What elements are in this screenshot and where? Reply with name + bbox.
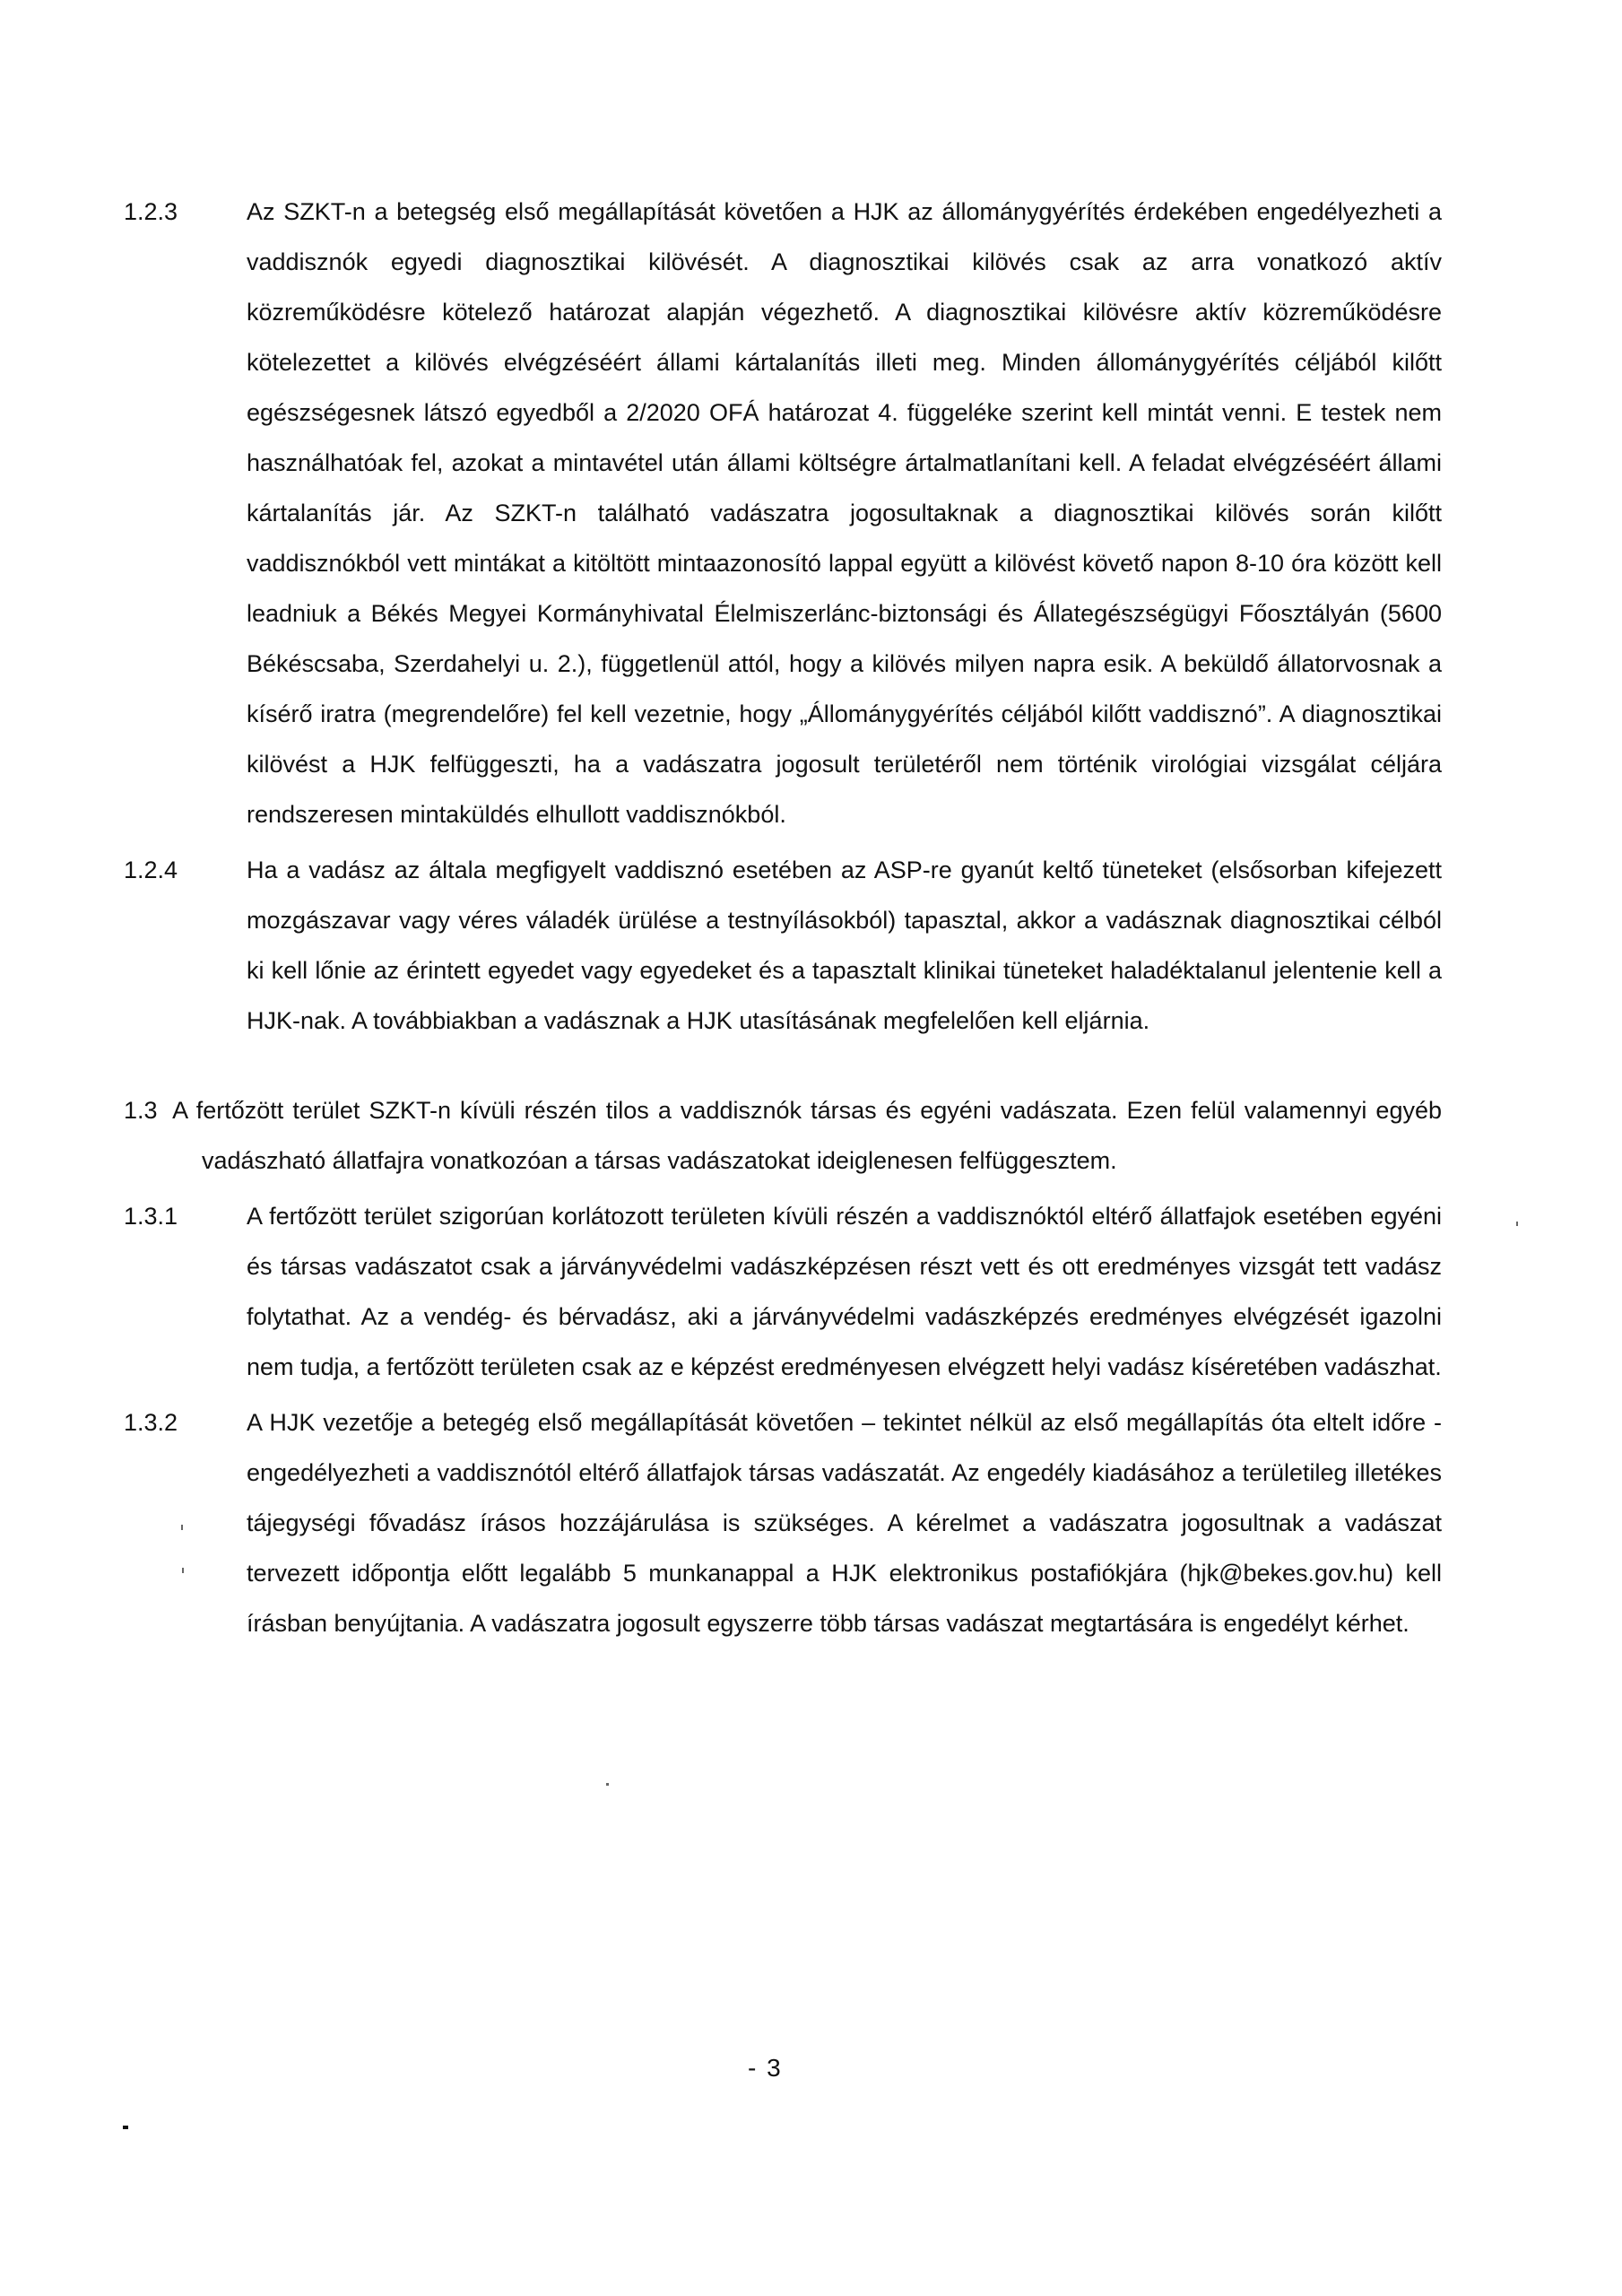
spacer	[124, 1046, 1442, 1085]
section-1-3: 1.3 A fertőzött terület SZKT-n kívüli ré…	[124, 1085, 1442, 1186]
section-number: 1.3.2	[124, 1397, 247, 1448]
scan-artifact-speck	[606, 1783, 609, 1786]
section-1-3-2: 1.3.2 A HJK vezetője a betegég első megá…	[124, 1397, 1442, 1648]
section-1-2-3: 1.2.3 Az SZKT-n a betegség első megállap…	[124, 187, 1442, 839]
document-page: 1.2.3 Az SZKT-n a betegség első megállap…	[0, 0, 1622, 2296]
section-text: A HJK vezetője a betegég első megállapít…	[247, 1397, 1442, 1648]
document-body: 1.2.3 Az SZKT-n a betegség első megállap…	[124, 187, 1442, 1648]
section-paragraph: 1.3 A fertőzött terület SZKT-n kívüli ré…	[124, 1085, 1442, 1186]
scan-artifact-speck	[181, 1525, 183, 1530]
section-text: Az SZKT-n a betegség első megállapítását…	[247, 187, 1442, 839]
section-text: A fertőzött terület SZKT-n kívüli részén…	[172, 1097, 1442, 1174]
section-number: 1.3	[124, 1097, 158, 1124]
section-text: A fertőzött terület szigorúan korlátozot…	[247, 1191, 1442, 1392]
scan-artifact-speck	[1516, 1222, 1518, 1226]
section-number: 1.2.4	[124, 845, 247, 895]
section-number: 1.2.3	[124, 187, 247, 237]
scan-artifact-mark	[123, 2126, 128, 2129]
section-text: Ha a vadász az általa megfigyelt vaddisz…	[247, 845, 1442, 1046]
section-1-2-4: 1.2.4 Ha a vadász az általa megfigyelt v…	[124, 845, 1442, 1046]
page-number: - 3	[748, 2054, 783, 2083]
scan-artifact-speck	[182, 1568, 184, 1573]
section-number: 1.3.1	[124, 1191, 247, 1241]
section-1-3-1: 1.3.1 A fertőzött terület szigorúan korl…	[124, 1191, 1442, 1392]
